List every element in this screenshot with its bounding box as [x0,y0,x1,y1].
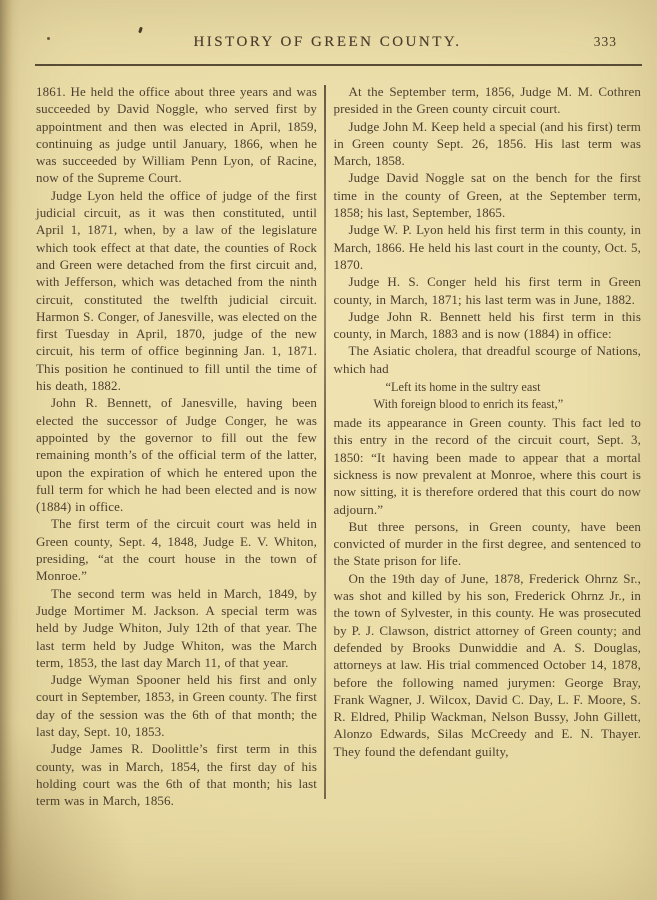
header-rule [35,64,642,66]
paragraph: Judge Lyon held the office of judge of t… [36,187,317,395]
paragraph: Judge H. S. Conger held his first term i… [334,273,642,308]
paragraph: Judge James R. Doolittle’s first term in… [36,740,317,809]
paragraph: John R. Bennett, of Janesville, having b… [36,394,317,515]
book-page: HISTORY OF GREEN COUNTY. 333 1861. He he… [0,0,657,900]
verse-quote: “Left its home in the sultry eastWith fo… [374,379,642,412]
ink-speck [47,37,50,40]
paragraph: But three persons, in Green county, have… [334,518,642,570]
verse-line: With foreign blood to enrich its feast,” [374,396,642,413]
page-title: HISTORY OF GREEN COUNTY. [193,34,461,50]
paragraph: At the September term, 1856, Judge M. M.… [334,83,642,118]
running-header: HISTORY OF GREEN COUNTY. 333 [36,33,619,51]
paragraph: Judge W. P. Lyon held his first term in … [334,221,642,273]
text-columns: 1861. He held the office about three yea… [0,83,657,809]
left-column: 1861. He held the office about three yea… [36,83,317,809]
paragraph: made its appearance in Green county. Thi… [334,414,642,518]
paragraph: The second term was held in March, 1849,… [36,585,317,671]
right-column: At the September term, 1856, Judge M. M.… [334,83,642,809]
paragraph: The Asiatic cholera, that dreadful scour… [334,342,642,377]
verse-line: “Left its home in the sultry east [374,379,642,396]
paragraph: On the 19th day of June, 1878, Frederick… [334,570,642,760]
paragraph: Judge John R. Bennett held his first ter… [334,308,642,343]
column-divider [324,85,326,799]
paragraph: 1861. He held the office about three yea… [36,83,317,187]
page-number: 333 [594,34,617,50]
paragraph: Judge Wyman Spooner held his first and o… [36,671,317,740]
paragraph: Judge John M. Keep held a special (and h… [334,118,642,170]
paragraph: Judge David Noggle sat on the bench for … [334,169,642,221]
paragraph: The first term of the circuit court was … [36,515,317,584]
